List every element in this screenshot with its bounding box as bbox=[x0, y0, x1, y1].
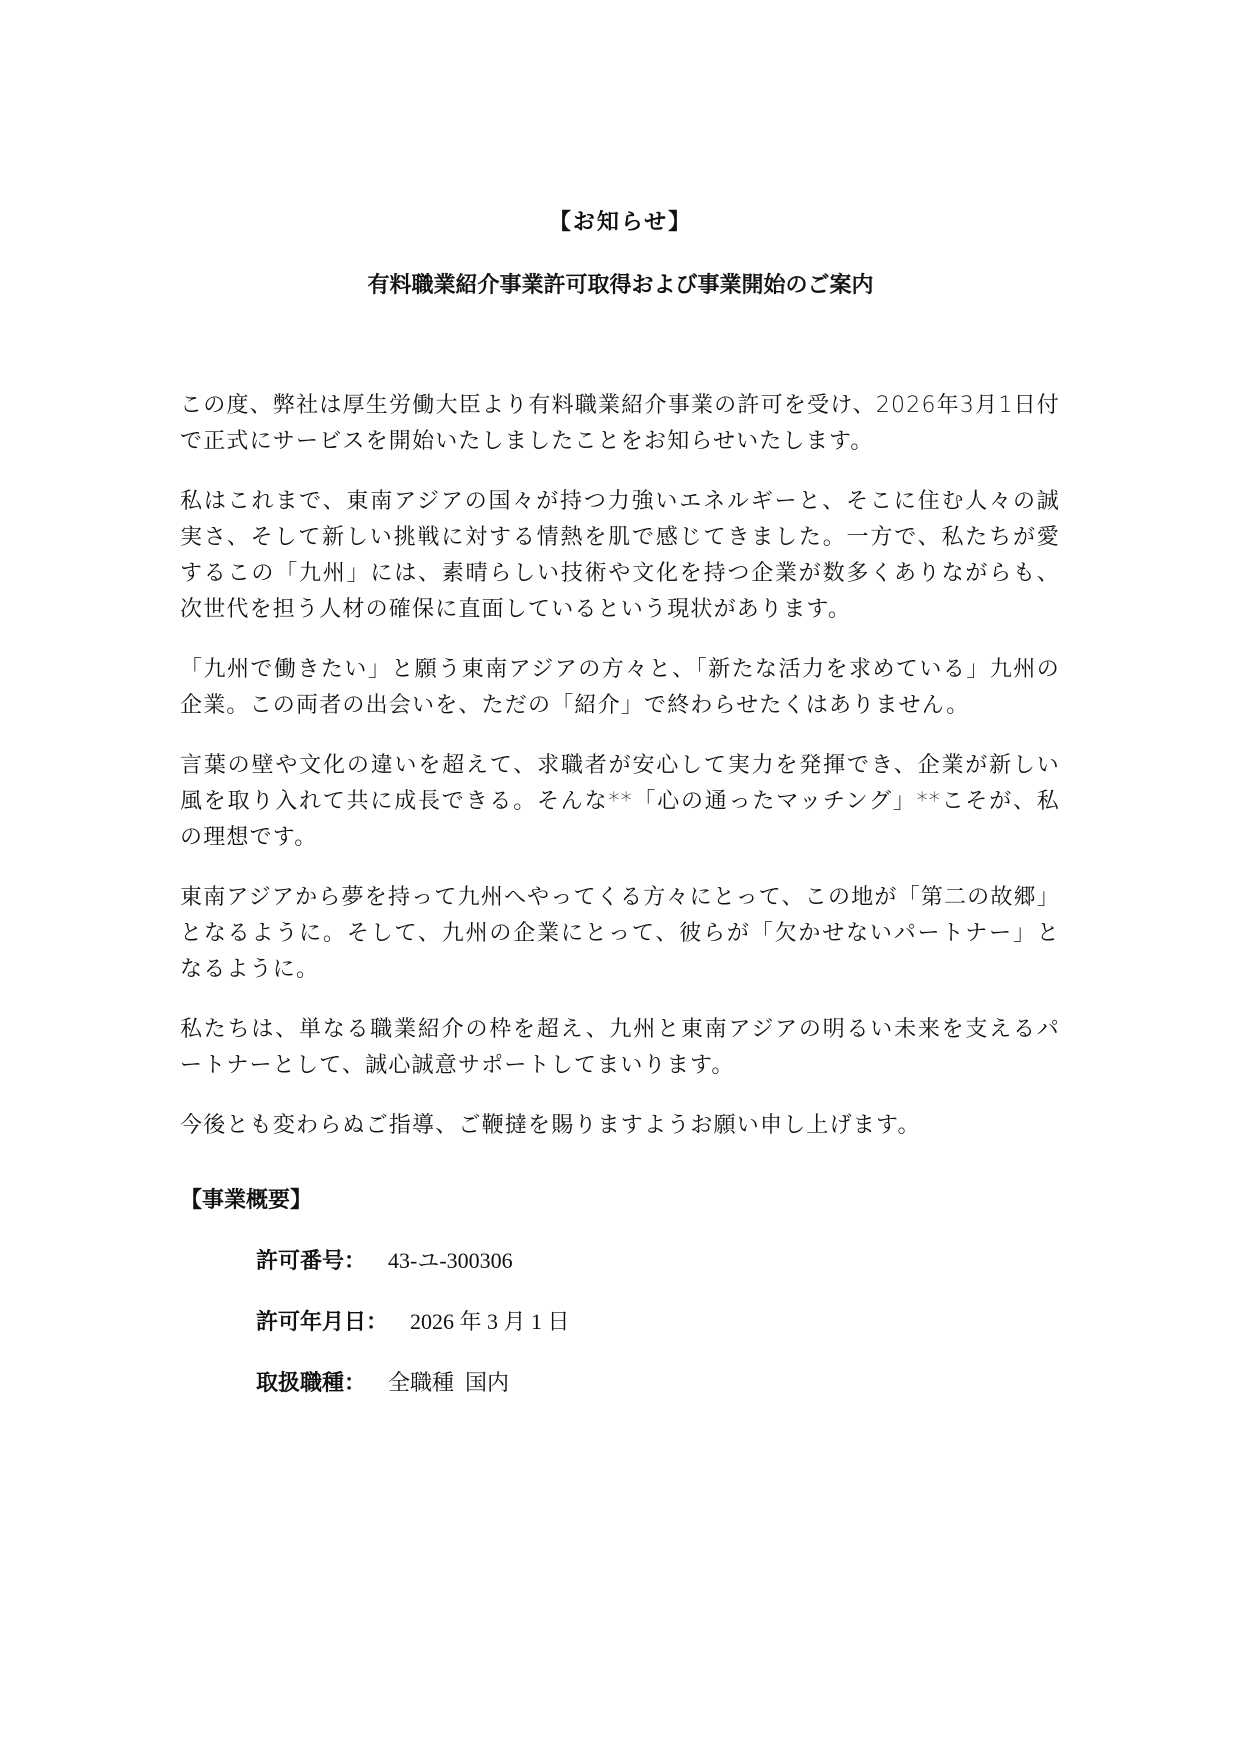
document-title: 有料職業紹介事業許可取得および事業開始のご案内 bbox=[0, 268, 1241, 299]
paragraph-announcement: この度、弊社は厚生労働大臣より有料職業紹介事業の許可を受け、2026年3月1日付… bbox=[180, 388, 1060, 460]
paragraph-hometown: 東南アジアから夢を持って九州へやってくる方々にとって、この地が「第二の故郷」とな… bbox=[180, 880, 1060, 988]
paragraph-closing: 今後とも変わらぬご指導、ご鞭撻を賜りますようお願い申し上げます。 bbox=[180, 1108, 1060, 1144]
business-summary: 【事業概要】 許可番号：43-ユ-300306 許可年月日：2026 年 3 月… bbox=[180, 1186, 1060, 1429]
summary-row-license-date: 許可年月日：2026 年 3 月 1 日 bbox=[256, 1307, 1060, 1337]
license-date-label: 許可年月日： bbox=[256, 1308, 388, 1338]
license-date-value: 2026 年 3 月 1 日 bbox=[410, 1307, 570, 1337]
occupations-value: 全職種 国内 bbox=[388, 1368, 509, 1398]
document-page: 【お知らせ】 有料職業紹介事業許可取得および事業開始のご案内 この度、弊社は厚生… bbox=[0, 0, 1241, 1754]
paragraph-commitment: 私たちは、単なる職業紹介の枠を超え、九州と東南アジアの明るい未来を支えるパートナ… bbox=[180, 1012, 1060, 1084]
license-number-value: 43-ユ-300306 bbox=[388, 1246, 513, 1276]
license-number-label: 許可番号： bbox=[256, 1247, 366, 1277]
paragraph-matching: 「九州で働きたい」と願う東南アジアの方々と、「新たな活力を求めている」九州の企業… bbox=[180, 652, 1060, 724]
paragraph-ideal: 言葉の壁や文化の違いを超えて、求職者が安心して実力を発揮でき、企業が新しい風を取… bbox=[180, 748, 1060, 856]
body-text: この度、弊社は厚生労働大臣より有料職業紹介事業の許可を受け、2026年3月1日付… bbox=[180, 388, 1060, 1168]
paragraph-background: 私はこれまで、東南アジアの国々が持つ力強いエネルギーと、そこに住む人々の誠実さ、… bbox=[180, 484, 1060, 628]
summary-heading: 【事業概要】 bbox=[180, 1186, 1060, 1216]
occupations-label: 取扱職種： bbox=[256, 1369, 366, 1399]
summary-row-occupations: 取扱職種：全職種 国内 bbox=[256, 1368, 1060, 1398]
notice-heading: 【お知らせ】 bbox=[0, 205, 1241, 236]
summary-row-license-number: 許可番号：43-ユ-300306 bbox=[256, 1246, 1060, 1276]
